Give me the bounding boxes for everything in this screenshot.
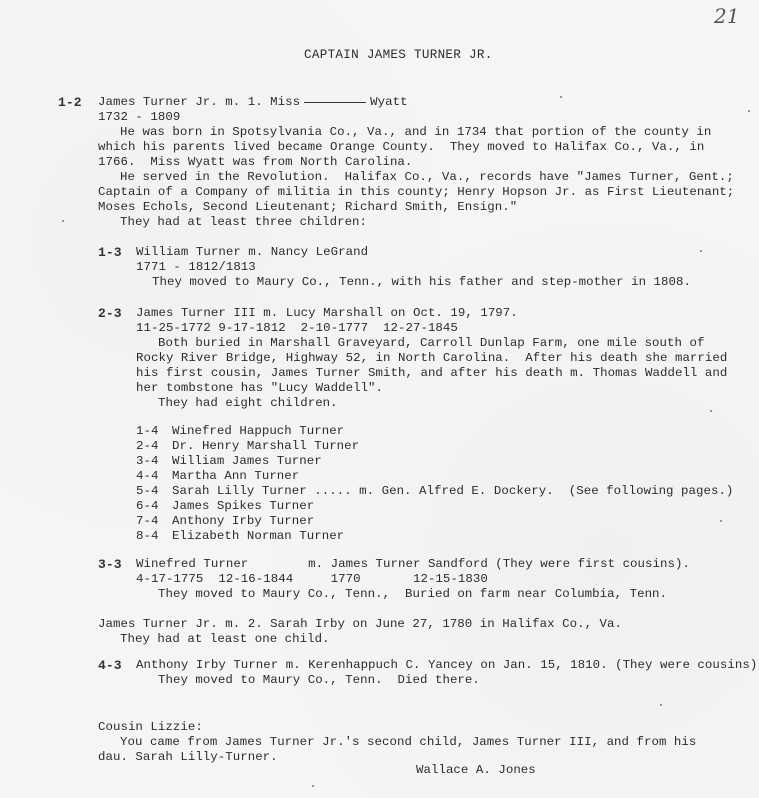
- paragraph-line: which his parents lived became Orange Co…: [98, 140, 704, 155]
- entry-heading: James Turner Jr. m. 1. MissWyatt: [98, 95, 408, 110]
- closing-line: dau. Sarah Lilly-Turner.: [98, 750, 278, 765]
- paragraph-line: He was born in Spotsylvania Co., Va., an…: [120, 125, 711, 140]
- entry-heading: Anthony Irby Turner m. Kerenhappuch C. Y…: [136, 658, 757, 673]
- child-name: Martha Ann Turner: [172, 469, 299, 484]
- paragraph-line: 1766. Miss Wyatt was from North Carolina…: [98, 155, 412, 170]
- blank-line: [304, 102, 366, 103]
- scan-speck: [312, 785, 314, 787]
- second-marriage-note: They had at least one child.: [120, 632, 330, 647]
- entry-number: 1-3: [98, 245, 122, 260]
- child-number: 5-4: [136, 484, 158, 499]
- scan-speck: [710, 410, 712, 412]
- child-number: 7-4: [136, 514, 158, 529]
- handwritten-page-number: 21: [714, 4, 739, 28]
- scan-speck: [660, 704, 662, 706]
- paragraph-line: Rocky River Bridge, Highway 52, in North…: [136, 351, 727, 366]
- entry-dates: 1771 - 1812/1813: [136, 260, 256, 275]
- child-number: 4-4: [136, 469, 158, 484]
- scan-speck: [720, 520, 722, 522]
- signature: Wallace A. Jones: [416, 763, 536, 778]
- scan-speck: [62, 220, 64, 222]
- child-name: Elizabeth Norman Turner: [172, 529, 344, 544]
- child-name: Anthony Irby Turner: [172, 514, 314, 529]
- entry-dates: 1732 - 1809: [98, 110, 180, 125]
- scan-speck: [748, 110, 750, 112]
- document-title: CAPTAIN JAMES TURNER JR.: [304, 48, 493, 63]
- child-number: 1-4: [136, 424, 158, 439]
- entry-number: 1-2: [58, 95, 82, 110]
- child-name: James Spikes Turner: [172, 499, 314, 514]
- paragraph-line: He served in the Revolution. Halifax Co.…: [120, 170, 734, 185]
- entry-note: They moved to Maury Co., Tenn. Died ther…: [158, 673, 480, 688]
- paragraph-line: Moses Echols, Second Lieutenant; Richard…: [98, 200, 517, 215]
- scan-speck: [560, 96, 562, 98]
- entry-number: 2-3: [98, 306, 122, 321]
- entry-dates: 4-17-1775 12-16-1844 1770 12-15-1830: [136, 572, 488, 587]
- paragraph-line: Captain of a Company of militia in this …: [98, 185, 734, 200]
- paragraph-line: her tombstone has "Lucy Waddell".: [136, 381, 383, 396]
- entry-heading: William Turner m. Nancy LeGrand: [136, 245, 368, 260]
- entry-note: They moved to Maury Co., Tenn., with his…: [152, 275, 691, 290]
- child-name: Dr. Henry Marshall Turner: [172, 439, 359, 454]
- paragraph-line: They had eight children.: [158, 396, 338, 411]
- closing-line: You came from James Turner Jr.'s second …: [120, 735, 696, 750]
- salutation: Cousin Lizzie:: [98, 720, 203, 735]
- entry-dates: 11-25-1772 9-17-1812 2-10-1777 12-27-184…: [136, 321, 458, 336]
- child-name: Sarah Lilly Turner ..... m. Gen. Alfred …: [172, 484, 733, 499]
- entry-heading: James Turner III m. Lucy Marshall on Oct…: [136, 306, 518, 321]
- paragraph-line: Both buried in Marshall Graveyard, Carro…: [158, 336, 704, 351]
- child-number: 6-4: [136, 499, 158, 514]
- heading-text: James Turner Jr. m. 1. Miss: [98, 95, 300, 109]
- heading-text-surname: Wyatt: [370, 95, 407, 109]
- child-number: 3-4: [136, 454, 158, 469]
- child-name: William James Turner: [172, 454, 322, 469]
- child-number: 2-4: [136, 439, 158, 454]
- paragraph-line: his first cousin, James Turner Smith, an…: [136, 366, 727, 381]
- entry-number: 3-3: [98, 557, 122, 572]
- entry-heading: Winefred Turner m. James Turner Sandford…: [136, 557, 690, 572]
- child-number: 8-4: [136, 529, 158, 544]
- scan-speck: [700, 250, 702, 252]
- paragraph-line: They had at least three children:: [120, 215, 367, 230]
- child-name: Winefred Happuch Turner: [172, 424, 344, 439]
- document-page: 21 CAPTAIN JAMES TURNER JR. 1-2 James Tu…: [0, 0, 759, 798]
- entry-note: They moved to Maury Co., Tenn., Buried o…: [158, 587, 667, 602]
- second-marriage-line: James Turner Jr. m. 2. Sarah Irby on Jun…: [98, 617, 622, 632]
- entry-number: 4-3: [98, 658, 122, 673]
